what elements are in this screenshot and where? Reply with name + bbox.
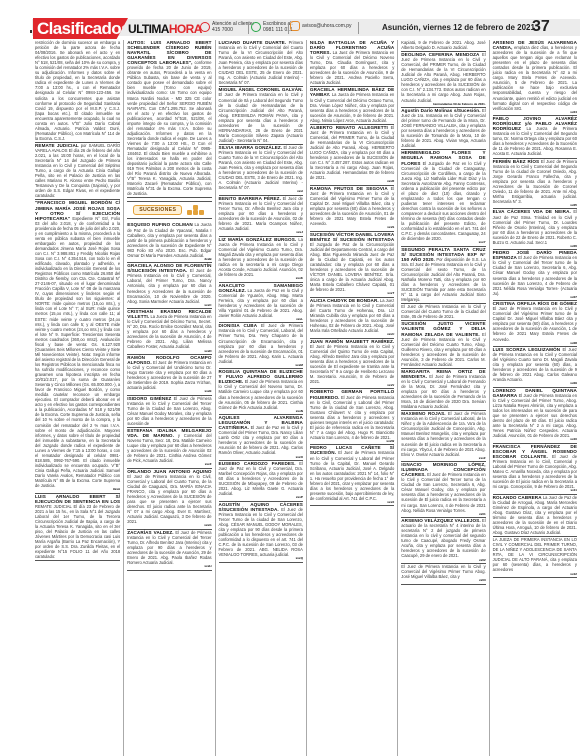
legal-notice: ROBERTO GERMAN PORTILLO FIGUEREDO. El Ju… bbox=[310, 389, 394, 445]
legal-notice: El Juez de Primera Instancia en lo Civil… bbox=[401, 304, 485, 321]
legal-notice: CRISTHIAN ERASMO RECALDE VILLETTI. La Ju… bbox=[127, 309, 211, 355]
notice-body: restricción de dominio sucesor un embarg… bbox=[35, 40, 120, 141]
notice-code: xxxC bbox=[127, 304, 211, 308]
notice-code: xxxK bbox=[219, 277, 303, 281]
notice-code: xxxY bbox=[401, 241, 485, 245]
notice-code: xxxF bbox=[127, 463, 211, 467]
notice-code: xx12 bbox=[493, 573, 577, 577]
notice-code: xxxM bbox=[219, 364, 303, 368]
notice-body: El Juez de Primera Instancia en lo Civil… bbox=[219, 92, 303, 142]
legal-notice: DIONISIA CUBA El Juez de Primera Instanc… bbox=[219, 323, 303, 369]
notice-body: El actuario de la secretaría N° 4 interi… bbox=[401, 518, 485, 558]
notice-code: xxxD bbox=[127, 350, 211, 354]
notice-code: xxxT bbox=[310, 292, 394, 296]
newspaper-page: Clasificados ULTIMAHORA Atención al clie… bbox=[0, 0, 580, 756]
legal-notice: ANACLETO SAMANIEGO GONZÁLEZ. La Jueza de… bbox=[219, 283, 303, 324]
notice-code: Hernandarias 09 de Febrero de 2021. bbox=[401, 103, 485, 107]
legal-notice: JUAN RAMÓN MAUBETT RAMÍREZ. El Juez de P… bbox=[310, 339, 394, 390]
divider bbox=[248, 22, 249, 34]
notice-body: El Juez de Primera Instancia en lo Civil… bbox=[219, 323, 303, 363]
legal-notice: PEDRO JOSÉ DARÍO PINEDA ESPINOZA El Juez… bbox=[493, 250, 577, 301]
notice-body: El Juez de Primera Instancia en lo Civil… bbox=[127, 530, 211, 565]
notice-body: El Juez de Paz Stma. Trinidad en lo Civi… bbox=[493, 209, 577, 244]
legal-notice: SEGUNDO PERALTA SANTA CRUZ S/ SUCESIÓN I… bbox=[401, 247, 485, 305]
notice-body: El Juez de Primera Instancia en lo Civil… bbox=[219, 507, 303, 557]
legal-notice: CRISTINA ORFILIA RÍOS DE GÓMEZ El Juez d… bbox=[493, 301, 577, 347]
legal-notice: Agustín Darío Molinas s/Sucesión. El Jue… bbox=[401, 108, 485, 150]
legal-notice: AGUSTÍN AQUINO CÁCERES S/SUCESIÓN INTEST… bbox=[219, 502, 303, 563]
notice-code: xx09 bbox=[493, 382, 577, 386]
logo-part-1: ULTIMA bbox=[128, 22, 169, 36]
notice-body: El Juez de Primera Instancia en lo Civil… bbox=[310, 450, 394, 500]
column-3: LUCIANO DUARTE DUARTE. Primera Instancia… bbox=[215, 40, 306, 756]
notice-code: xxxP bbox=[219, 496, 303, 500]
notice-code: xxxW bbox=[310, 440, 394, 444]
notice-body: El Juez de Primera Instancia en lo Civil… bbox=[401, 332, 485, 367]
notice-heading: SUCESIÓN JUSTO VICENTE VALIENTE GÓMEZ Y … bbox=[401, 321, 485, 336]
notice-body: emplaza diez días, a herederos y acreedo… bbox=[493, 45, 577, 111]
notice-code: xxxV bbox=[310, 384, 394, 388]
legal-notice: ALBERTO RENATO ALLEGRETTI El Juez de Pri… bbox=[310, 125, 394, 186]
notice-body: El Juez de Primera Instancia en lo Civil… bbox=[127, 396, 211, 426]
contact-label: avisos@uhora.com.py bbox=[302, 23, 352, 29]
notice-body: LA JUEZA DE PRIMERA INSTANCIA EN LO CIVI… bbox=[493, 537, 577, 572]
column-6: ARSENIO DE JESÚS ALVARENGA CANDIA, empla… bbox=[489, 40, 580, 756]
notice-code: xxxI bbox=[219, 190, 303, 194]
divider bbox=[358, 22, 359, 34]
column-5: Kapiatá, 9 de Febrero de 2021. Abog. Jos… bbox=[397, 40, 488, 756]
legal-notice: ZACARÍAS VALDEZ. El Juez de Primera Inst… bbox=[127, 530, 211, 571]
legal-notice: AQUILES ALVARENGA LEGUIZAMÓN Y BALBINA C… bbox=[219, 415, 303, 461]
notice-body: El Juez de Primera Instancia en lo Civil… bbox=[219, 379, 303, 409]
notice-body: conforme proveído de fecha 20 de Junio d… bbox=[127, 60, 211, 196]
legal-notice: GRACIELA HERMELINDA BÁEZ DE YAMBAY. La J… bbox=[310, 87, 394, 124]
whatsapp-icon bbox=[251, 22, 261, 32]
legal-notice: ROLANDO CABRERA La Juez de Paz de la Ciu… bbox=[493, 495, 577, 537]
notice-body: y Comercial del Noveno Turno, Secr. 18, … bbox=[127, 433, 211, 463]
contact-value: 415 7000 bbox=[212, 27, 233, 33]
contact-whatsapp[interactable]: Escribinos al:0981 111 011 bbox=[251, 21, 293, 33]
page-number: 37 bbox=[532, 17, 550, 37]
legal-notice: IGNACIO MORINIGO LÓPEZ, ILUMINADA CONCEP… bbox=[401, 462, 485, 518]
notice-code: 3xxB bbox=[127, 258, 211, 262]
classifieds-columns: restricción de dominio sucesor un embarg… bbox=[32, 40, 580, 756]
notice-body: Primera Instancia en lo Civil y Comercia… bbox=[219, 40, 303, 85]
people-icon bbox=[186, 205, 206, 215]
notice-code: xxxL bbox=[219, 318, 303, 322]
legal-notice: REMATE JUDICIAL por SAMUEL DARÍO VARELA … bbox=[35, 143, 120, 201]
notice-code: xxxZ bbox=[401, 457, 485, 461]
notice-code: xxxN bbox=[219, 410, 303, 414]
legal-notice: BENITO BARRERA PÉREZ. El Juez de Primera… bbox=[219, 196, 303, 237]
notice-body: La Jueza de Paz en lo Civil y Comercial … bbox=[219, 288, 303, 318]
section-label: SUCESIONES bbox=[133, 205, 182, 215]
notice-code: xxxR bbox=[310, 180, 394, 184]
legal-notice: El Juez de Primera Instancia en lo Civil… bbox=[401, 564, 485, 585]
notice-code: xx08 bbox=[493, 342, 577, 346]
notice-body: El Juzgado de Paz en lo Civil y Comercia… bbox=[401, 161, 485, 242]
notice-body: La Jueza de Paz de la Ciudad de Ypacaraí… bbox=[127, 222, 211, 257]
phone-icon bbox=[200, 22, 210, 32]
legal-notice: LUCIANO DUARTE DUARTE. Primera Instancia… bbox=[219, 40, 303, 87]
notice-code: xxxE bbox=[127, 390, 211, 394]
notice-body: Por disposición de S.S. La Sra. El Juez … bbox=[401, 257, 485, 302]
notice-body: El Juez de Primera Instancia en lo Civil… bbox=[219, 145, 303, 190]
legal-notice: LUIS ARNALDO EBERT S/ EJECUCIÓN DE SENTE… bbox=[35, 494, 120, 562]
notice-body: REMATE JUDICIAL El día 23 de Febrero de … bbox=[35, 504, 120, 559]
legal-notice: NILDA BATTAGLIA DE ACUÑA Y DARÍO FLORENT… bbox=[310, 40, 394, 87]
notice-body: El Juez de Primera Instancia en lo Civil… bbox=[401, 564, 485, 579]
notice-code: xxxH bbox=[127, 565, 211, 569]
notice-heading: LUIS ARNALDO EBERT S/ EJECUCIÓN DE SENTE… bbox=[35, 494, 120, 504]
column-4: NILDA BATTAGLIA DE ACUÑA Y DARÍO FLORENT… bbox=[306, 40, 397, 756]
notice-code: xx11 bbox=[493, 489, 577, 493]
notice-heading: SUCESIÓN VÍCTOR DANIEL LOVERA BENÍTEZ S/… bbox=[310, 232, 394, 242]
notice-body: por SAMUEL DARÍO VARELA AVALOS El día 26… bbox=[35, 143, 120, 198]
notice-body: El Juez de Primera Instancia en lo Civil… bbox=[310, 125, 394, 180]
notice-code: xxxO bbox=[219, 456, 303, 460]
legal-notice: FRANCISCA FERNÁNDEZ DE ESCOBAR Y ÁNGEL R… bbox=[493, 444, 577, 495]
legal-notice: ARSENIO VELÁZQUEZ VALLEJOS. El actuario … bbox=[401, 518, 485, 564]
logo-part-2: HORA bbox=[169, 22, 202, 36]
notice-body: Expediente N° 03/, Folio 03 del año 2.01… bbox=[35, 216, 120, 488]
legal-notice: MIGUEL ÁNGEL CORONEL GALVÁN. El Juez de … bbox=[219, 87, 303, 145]
notice-body: El Juez de Primera Instancia en lo Civil… bbox=[493, 306, 577, 341]
notice-body: La Juez de Primera Instancia en lo Civil… bbox=[310, 298, 394, 333]
notice-body: El Juez de Primera Instancia en lo Civil… bbox=[401, 411, 485, 456]
legal-notice: EUSEBIO CARDOZO PAREDES. El Juez de Paz … bbox=[219, 461, 303, 502]
legal-notice: ROGELIA QUINTANA DE ELIZECHE Y FULVIO AL… bbox=[219, 369, 303, 415]
notice-body: El Juez de Primera Instancia en lo Civil… bbox=[401, 374, 485, 409]
legal-notice: SUCESIÓN JUSTO VICENTE VALIENTE GÓMEZ Y … bbox=[401, 321, 485, 368]
notice-body: El Juez de Primera Instancia en lo Civil… bbox=[493, 159, 577, 204]
legal-notice: RAMONA FRUTOS DE SEGOVIA El Juez de Prim… bbox=[310, 186, 394, 232]
notice-body: Kapiatá, 9 de Febrero de 2021. Abog. Jos… bbox=[401, 40, 485, 50]
legal-notice: LORENZO DANIEL QUINTANA GAMARRA El Juez … bbox=[493, 388, 577, 444]
notice-body: El Juez de Primera Instancia en lo Civil… bbox=[401, 304, 485, 319]
legal-notice: ESTEFANA IDALINA MELGAREJO VDA. DE MARIN… bbox=[127, 428, 211, 469]
notice-body: El Juez de Primera Instancia en lo Civil… bbox=[493, 393, 577, 438]
notice-body: El Juez de Primera Instancia en lo Civil… bbox=[401, 472, 485, 512]
notice-code: xx10 bbox=[493, 438, 577, 442]
notice-code: xx07 bbox=[493, 296, 577, 300]
notice-code: xxxS bbox=[310, 226, 394, 230]
notice-body: El Juez de Paz en lo Civil y Comercial, … bbox=[219, 461, 303, 496]
notice-code: xx03 bbox=[401, 579, 485, 583]
legal-notice: ALICIA CHUDYK DE BONDAR. La Juez de Prim… bbox=[310, 298, 394, 339]
notice-body: El Juez de Primera Instancia en lo Civil… bbox=[310, 344, 394, 384]
notice-body: El Juez de Primera Instancia en lo Civil… bbox=[310, 395, 394, 440]
section-header-sucesiones: SUCESIONES bbox=[127, 201, 211, 219]
ultima-hora-logo[interactable]: ULTIMAHORA bbox=[128, 21, 202, 37]
notice-body: La Jueza de Primera Instancia en lo Civi… bbox=[127, 314, 211, 349]
legal-notice: LA JUEZA DE PRIMERA INSTANCIA EN LO CIVI… bbox=[493, 537, 577, 578]
legal-notice: ESQUISIO RUFINO COLMAN La Jueza de Paz d… bbox=[127, 222, 211, 263]
notice-body: El Juez de Primera Instancia en lo Civil… bbox=[127, 360, 211, 390]
legal-notice: GRACIELA ALONSO DE FLORENTÍN S/SUCESIÓN … bbox=[127, 263, 211, 309]
divider bbox=[288, 22, 289, 34]
notice-body: La Juez de Primera Instancia en lo Civil… bbox=[310, 50, 394, 85]
notice-body: El Juez de 1ra. Instancia en lo Civil y … bbox=[401, 108, 485, 148]
notice-code: xxxU bbox=[310, 333, 394, 337]
legal-notice: FERMÍN BÁEZ RÍOS El Juez de Primera Inst… bbox=[493, 159, 577, 210]
legal-notice: MARGARITA REINA ORTIZ DE MENDIETA. El Ju… bbox=[401, 369, 485, 411]
section-title: Clasificados bbox=[33, 18, 128, 39]
legal-notice: HERMENEGILDO FLORES Y MIGUELA RAMONA SOS… bbox=[401, 150, 485, 246]
legal-notice: PEDRO LUCAS CAÑETE S/ SUCESIÓN. El Juez … bbox=[310, 445, 394, 506]
notice-body: El Juez de Primera Instancia en lo Civil… bbox=[401, 52, 485, 102]
notice-body: El Juez de Primera Instancia en lo Civil… bbox=[127, 268, 211, 303]
legal-notice: LIZ MARÍA GONZÁLEZ BURGOS. La Jueza de P… bbox=[219, 237, 303, 283]
issue-date: Asunción, viernes 12 de febrero de 2021 bbox=[382, 22, 535, 34]
legal-notice: ORLANDO JUAN ANTONIO AQUINO El Juez de P… bbox=[127, 469, 211, 530]
legal-notice: SILVIA IBARRA GONZÁLEZ. El Juez de Prime… bbox=[219, 145, 303, 196]
legal-notice: AUTOS: LUIS ARNALDO EBERT SCHELENDER C/S… bbox=[127, 40, 211, 198]
email-icon bbox=[290, 21, 300, 31]
notice-code: xxxJ bbox=[219, 231, 303, 235]
notice-code: xx02 bbox=[401, 559, 485, 563]
notice-code: xx04 bbox=[493, 111, 577, 115]
notice-body: El Juez de Primera Instancia en lo Civil… bbox=[493, 454, 577, 489]
notice-code: xx05 bbox=[493, 204, 577, 208]
notice-body: La Jueza de Primera Instancia en lo Civi… bbox=[493, 126, 577, 156]
notice-code: xxxQ bbox=[219, 557, 303, 561]
notice-body: El Juez de Paz en lo Civil y Comercial d… bbox=[219, 425, 303, 455]
contact-phone[interactable]: Atención al cliente:415 7000 bbox=[200, 21, 254, 33]
legal-notice: MAXIMINO ROJAS. El Juez de Primera Insta… bbox=[401, 411, 485, 462]
notice-body: La Juez de Paz de la Ciudad de Arroguá, … bbox=[493, 495, 577, 535]
notice-body: La Jueza de Primera Instancia en lo Civi… bbox=[310, 92, 394, 122]
legal-notice: "FRANCISCO MIGUEL BORDÓN C/ JIMENA MARÍA… bbox=[35, 200, 120, 493]
legal-notice: PABLO JOVINO ALVARÉZ RODRÍGUEZ y/o PABLO… bbox=[493, 116, 577, 158]
notice-body: El Juez de Primera Instancia en lo Civil… bbox=[127, 474, 211, 524]
notice-body: El Juzgado de Paz de la Circunscripción … bbox=[310, 242, 394, 292]
legal-notice: Kapiatá, 9 de Febrero de 2021. Abog. Jos… bbox=[401, 40, 485, 52]
page-header: Clasificados ULTIMAHORA Atención al clie… bbox=[0, 0, 580, 40]
legal-notice: SUCESIÓN VÍCTOR DANIEL LOVERA BENÍTEZ S/… bbox=[310, 232, 394, 298]
legal-notice: restricción de dominio sucesor un embarg… bbox=[35, 40, 120, 143]
notice-code: xxxX bbox=[310, 501, 394, 505]
notice-body: El Juez de Primera Instancia en lo Civil… bbox=[219, 196, 303, 231]
legal-notice: ISIDORO GIMÉNEZ El Juez de Primera Insta… bbox=[127, 396, 211, 428]
notice-code: xxxG bbox=[127, 524, 211, 528]
notice-body: El Juez de Primera Instancia en lo Civil… bbox=[493, 347, 577, 382]
legal-notice: RAMÓN RODOLFO OCAMPO ALFONSO. El Juez de… bbox=[127, 355, 211, 396]
legal-notice: DEOLINDA CEFERINA MENDOZA El Juez de Pri… bbox=[401, 52, 485, 108]
legal-notice: LUIS SCORZA LEGUIZAMÓN El Juez de Primer… bbox=[493, 347, 577, 388]
header-bullet bbox=[30, 30, 32, 33]
legal-notice: ARSENIO DE JESÚS ALVARENGA CANDIA, empla… bbox=[493, 40, 577, 116]
column-2: AUTOS: LUIS ARNALDO EBERT SCHELENDER C/S… bbox=[123, 40, 214, 756]
column-1: restricción de dominio sucesor un embarg… bbox=[32, 40, 123, 756]
notice-code: xx06 bbox=[493, 245, 577, 249]
notice-body: La Jueza de Primera Instancia en lo Civi… bbox=[219, 237, 303, 277]
contact-email[interactable]: avisos@uhora.com.py bbox=[290, 21, 352, 31]
notice-body: El Juez de Primera Instancia en lo Civil… bbox=[493, 255, 577, 295]
legal-notice: ELVA CÁCERES VDA DE NEIRA. El Juez de Pa… bbox=[493, 209, 577, 250]
notice-body: El Juez de Primera Instancia en lo Civil… bbox=[310, 186, 394, 226]
notice-code: 9xxA bbox=[35, 488, 120, 492]
notice-code: xx01 bbox=[401, 513, 485, 517]
